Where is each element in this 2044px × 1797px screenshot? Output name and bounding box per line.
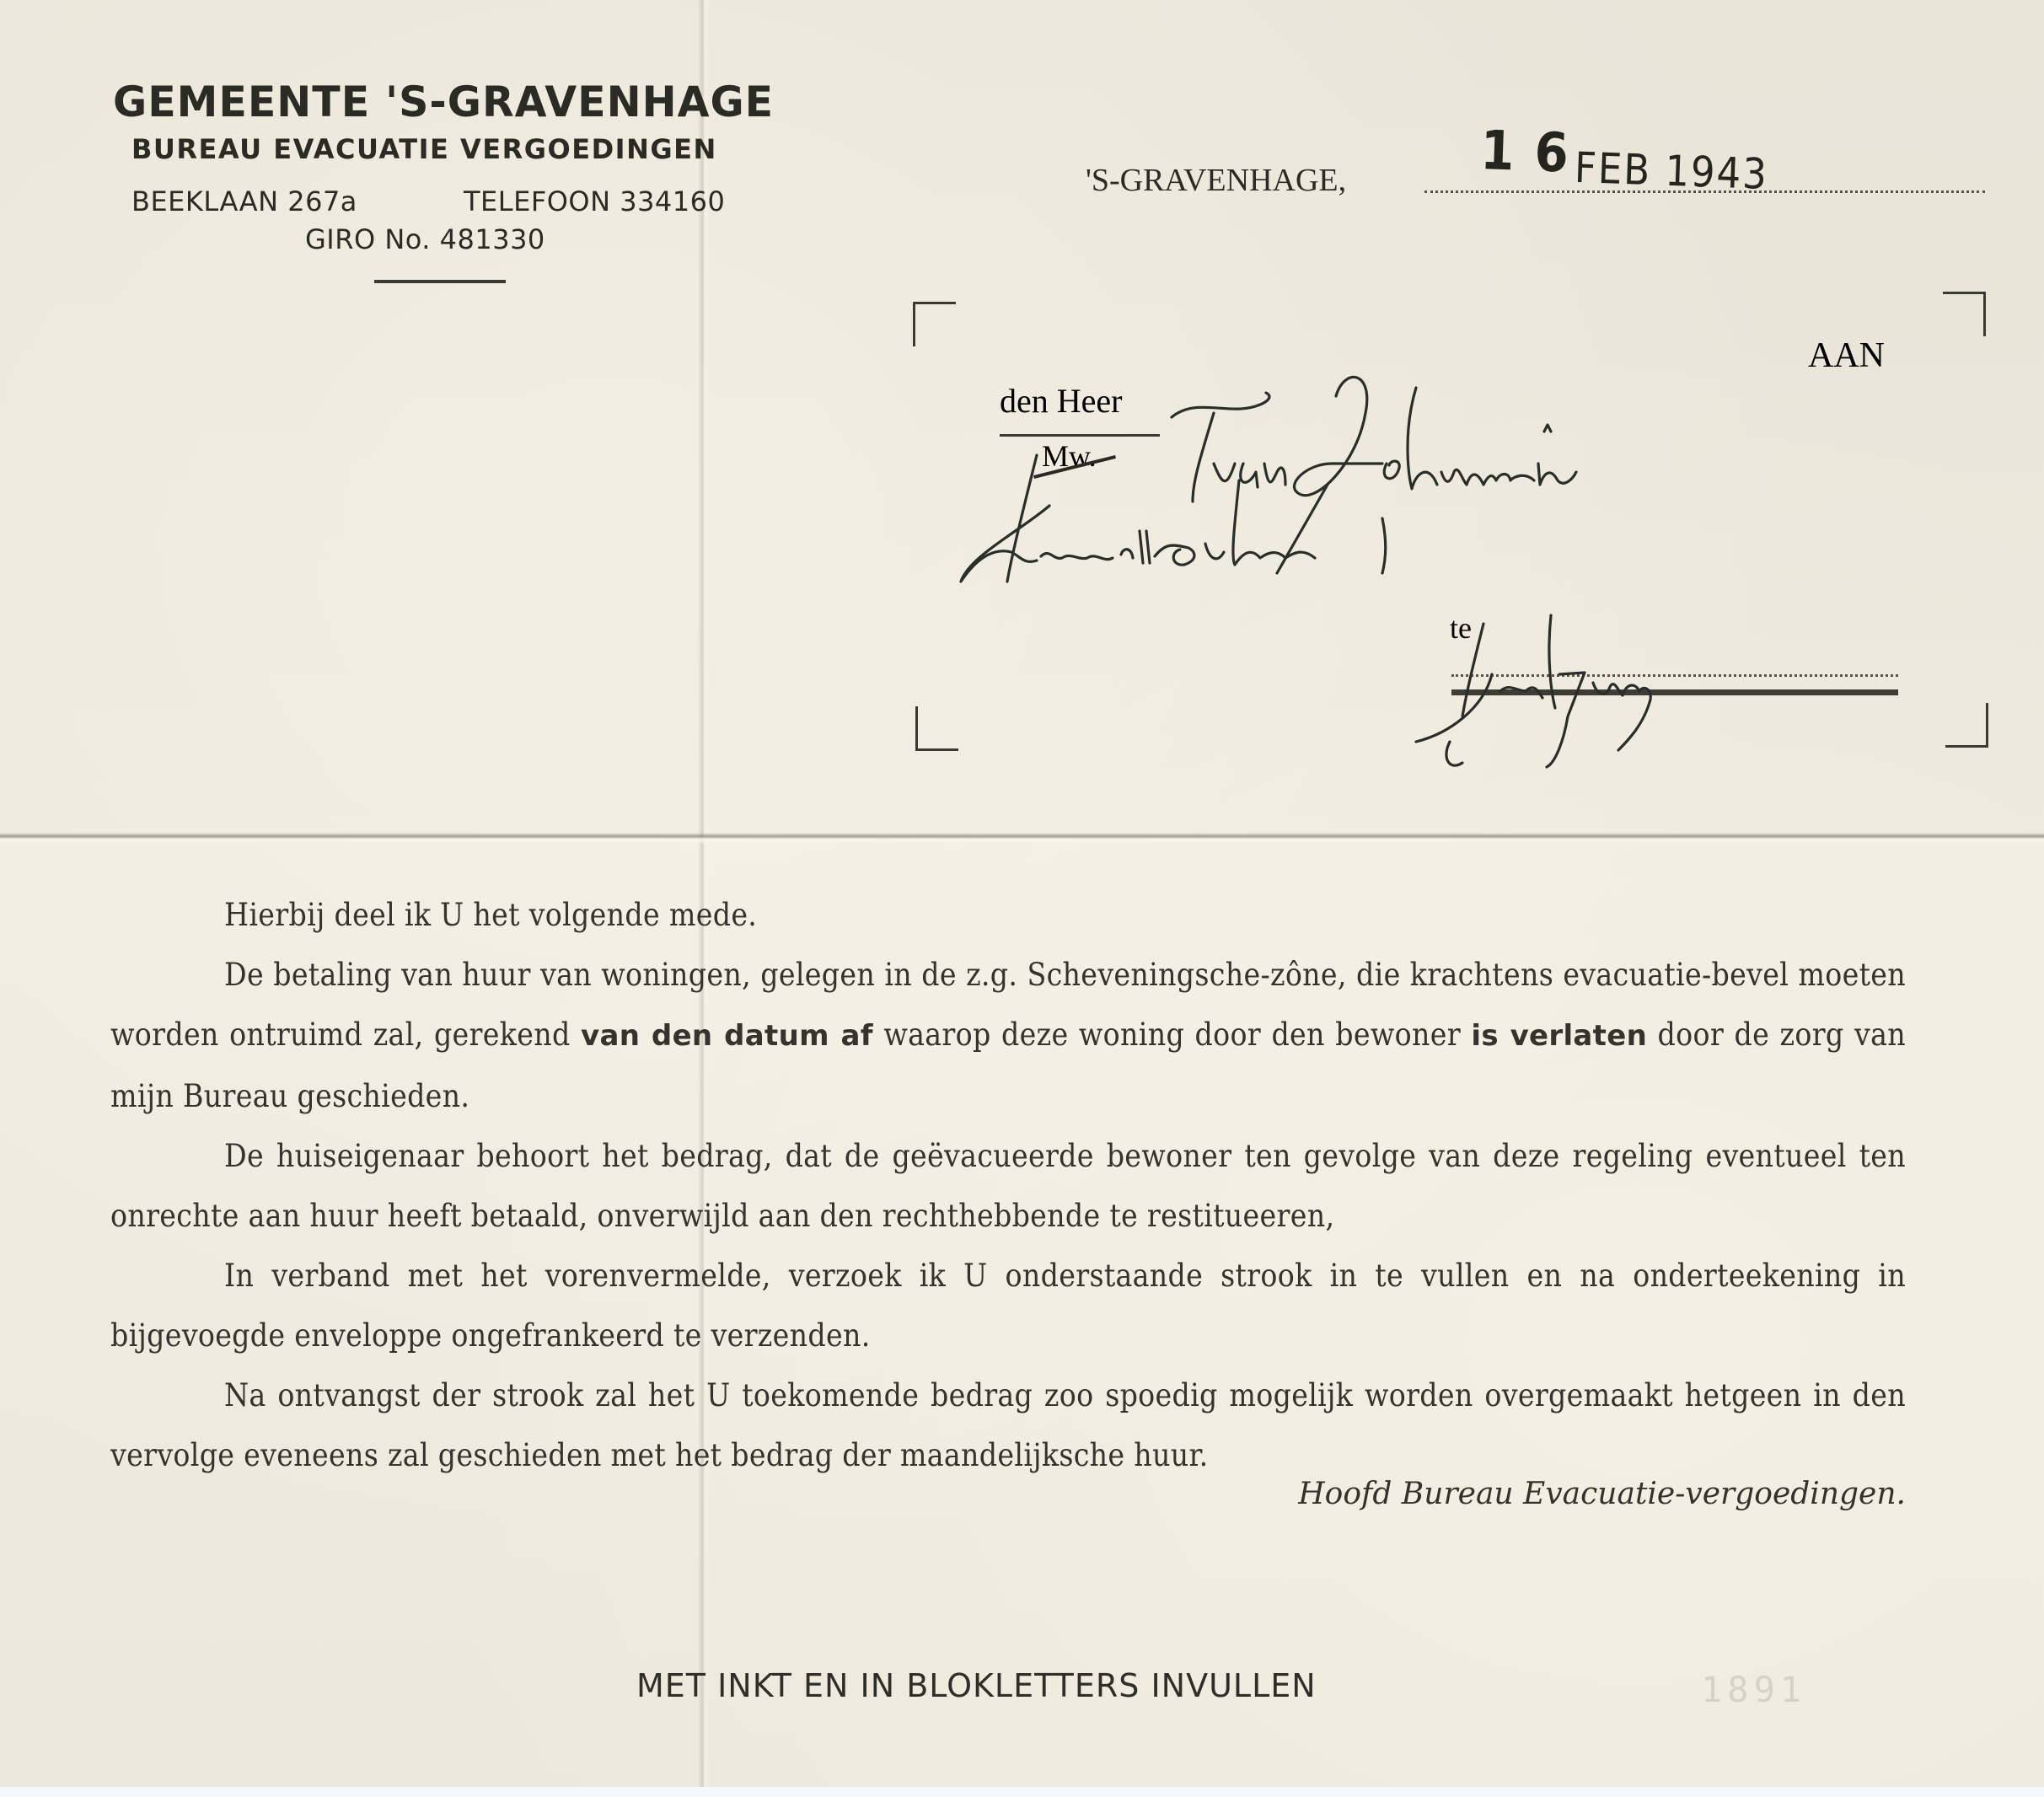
letterhead-address: BEEKLAAN 267a (131, 185, 357, 217)
dateline-place: 'S-GRAVENHAGE, (1086, 162, 1346, 199)
paragraph-1: Hierbij deel ik U het volgende mede. (110, 885, 1906, 945)
footer-instruction: MET INKT EN IN BLOKLETTERS INVULLEN (636, 1667, 1317, 1704)
letter-body: Hierbij deel ik U het volgende mede. De … (110, 885, 1906, 1485)
paragraph-3: De huiseigenaar behoort het bedrag, dat … (110, 1126, 1906, 1246)
faint-show-through-stamp: 1891 (1701, 1669, 1806, 1710)
handwritten-address (944, 337, 1787, 775)
letterhead-divider (374, 280, 506, 283)
emphasis-is-verlaten: is verlaten (1471, 1019, 1647, 1053)
date-stamp-day: 1 6 (1479, 120, 1571, 185)
emphasis-van-den-datum-af: van den datum af (581, 1019, 873, 1053)
paragraph-4: In verband met het vorenvermelde, verzoe… (110, 1246, 1906, 1365)
letterhead-telephone: TELEFOON 334160 (464, 185, 725, 217)
paragraph-5: Na ontvangst der strook zal het U toekom… (110, 1365, 1906, 1485)
window-corner-mark-top-right (1943, 292, 1986, 336)
paragraph-2-part-b: waarop deze woning door den bewoner (873, 1017, 1471, 1053)
paragraph-2: De betaling van huur van woningen, geleg… (110, 945, 1906, 1126)
horizontal-fold-crease (0, 833, 2044, 845)
date-stamp: 1 6FEB 1943 (1479, 130, 1769, 202)
letterhead-organization: GEMEENTE 'S-GRAVENHAGE (113, 78, 774, 126)
letterhead-department: BUREAU EVACUATIE VERGOEDINGEN (131, 133, 717, 165)
date-stamp-month-year: FEB 1943 (1574, 143, 1769, 199)
signature-line: Hoofd Bureau Evacuatie-vergoedingen. (1298, 1477, 1906, 1511)
window-corner-mark-bottom-right (1945, 703, 1988, 748)
letterhead-giro: GIRO No. 481330 (305, 223, 545, 255)
aan-label: AAN (1808, 335, 1885, 376)
scan-bottom-edge (0, 1787, 2044, 1797)
